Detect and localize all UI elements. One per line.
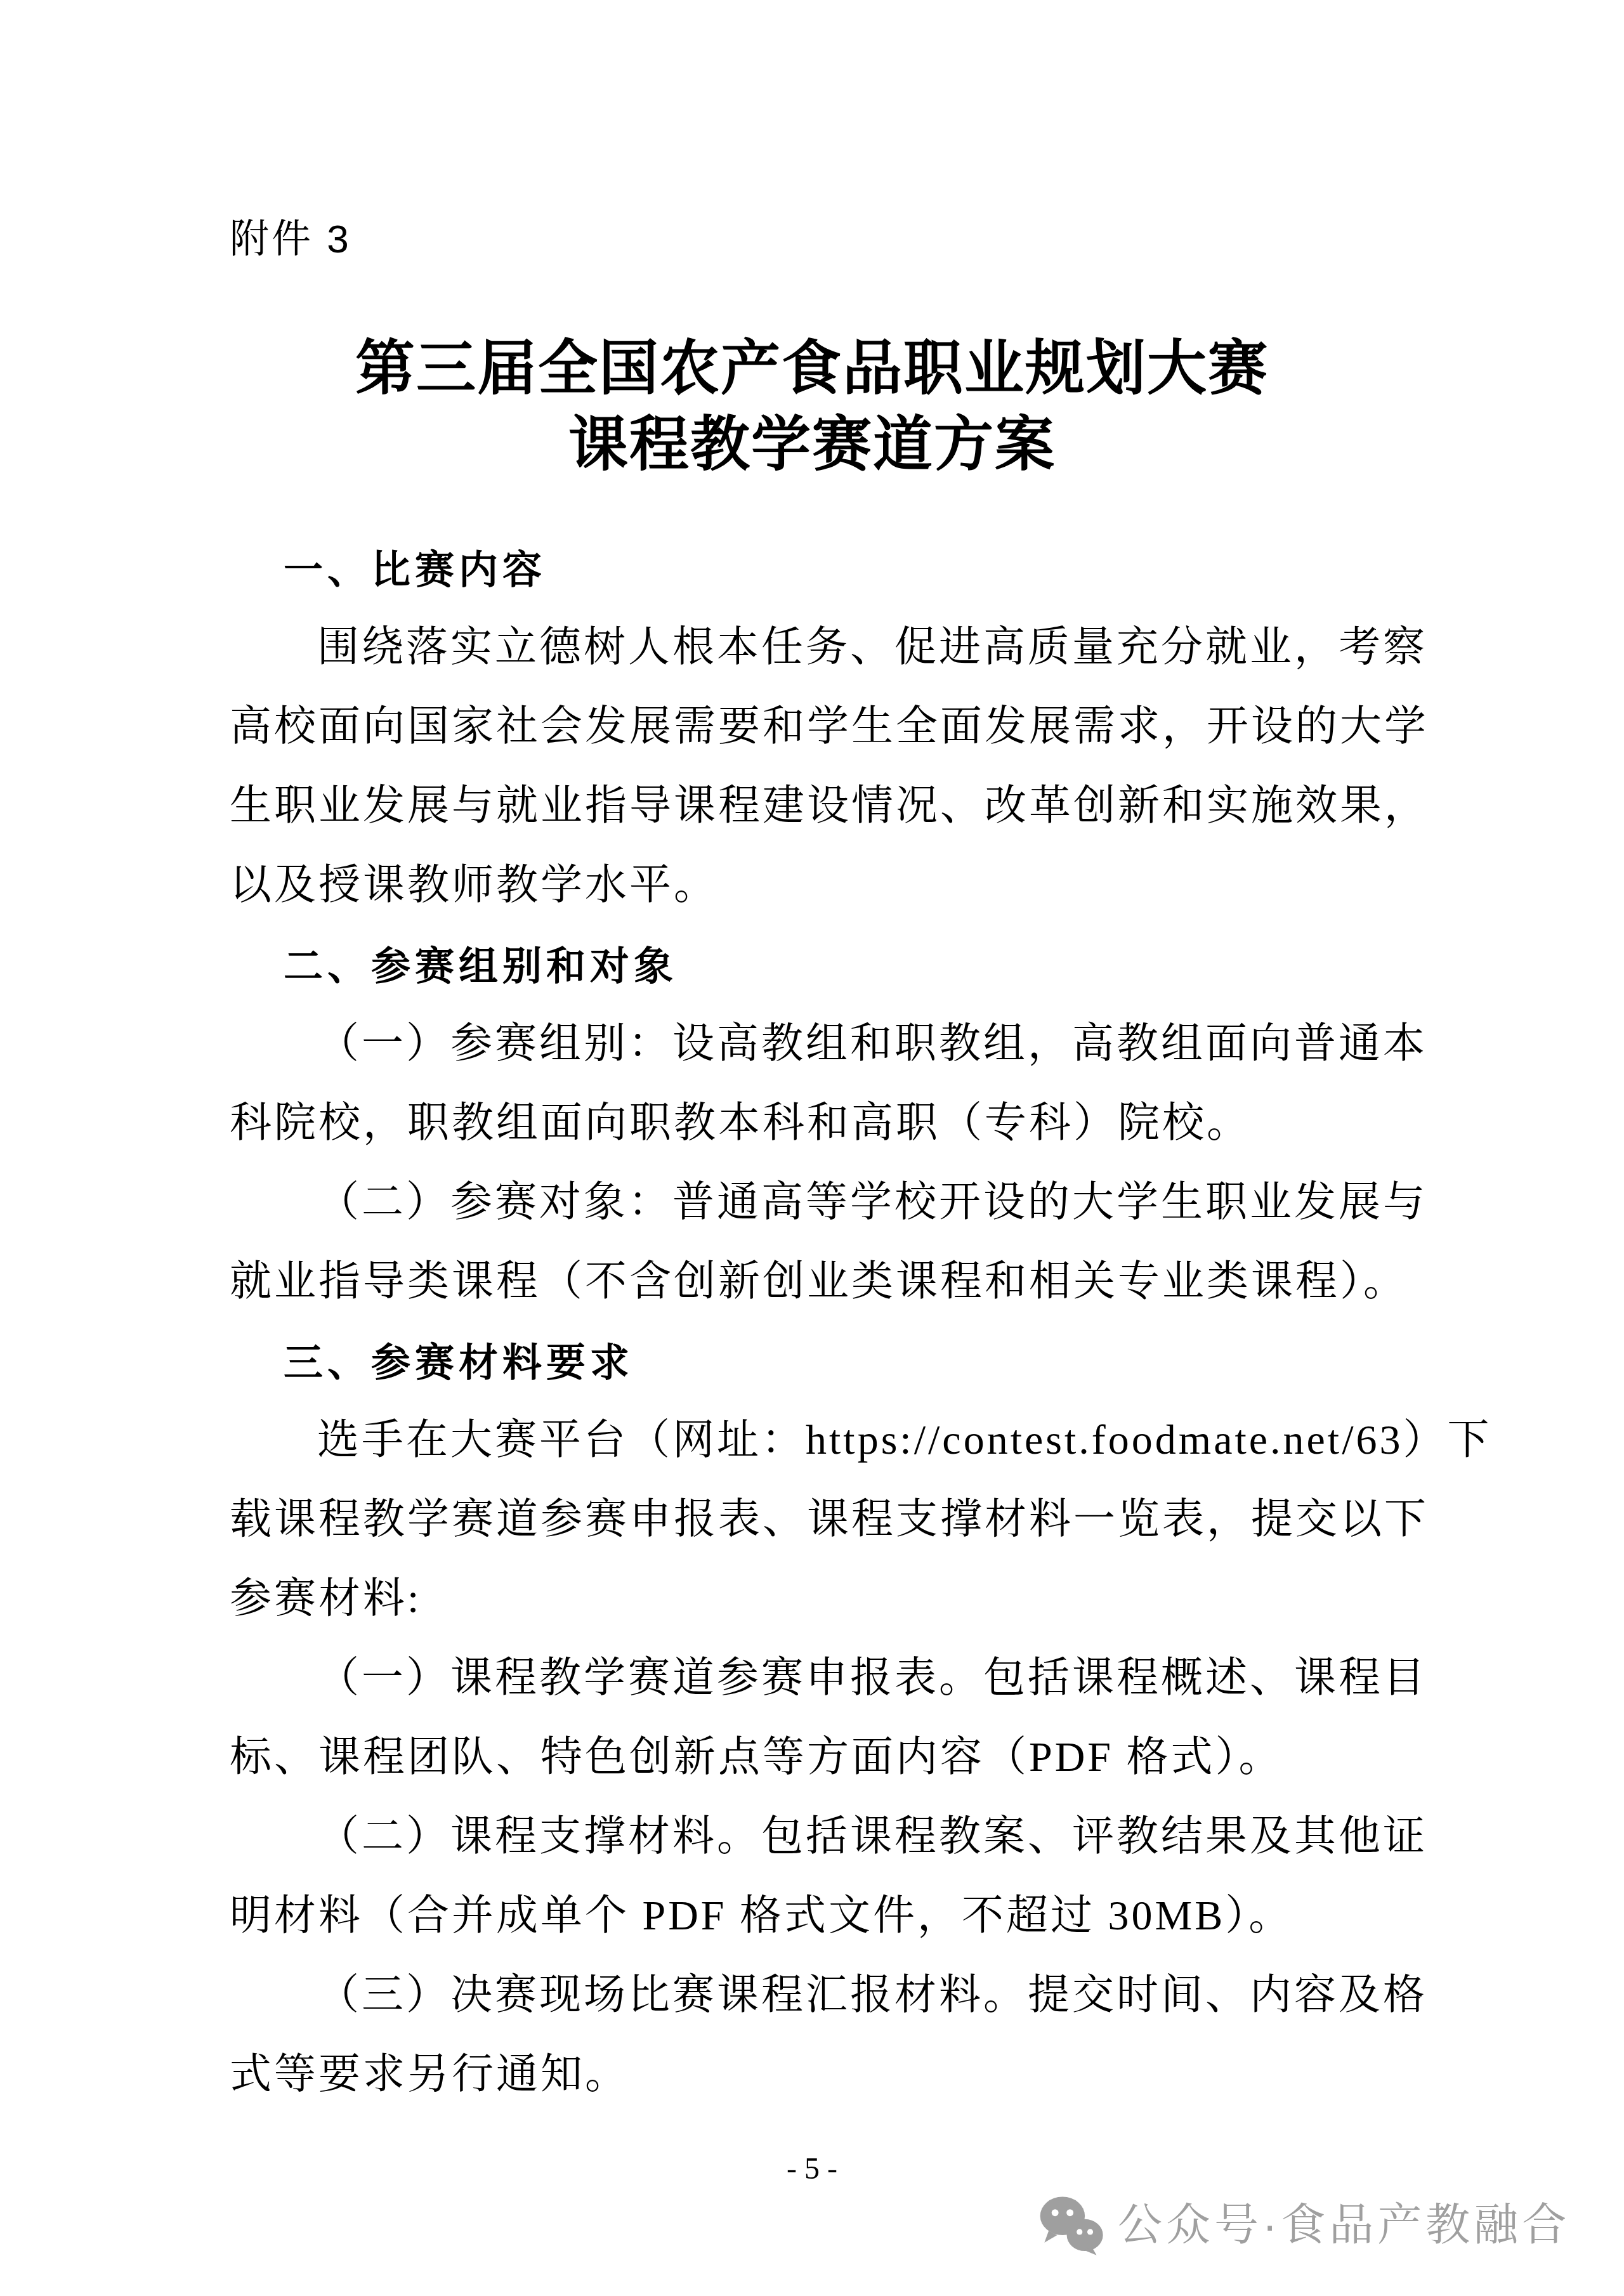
document-title-line2: 课程教学赛道方案 — [230, 412, 1394, 478]
document-line: 围绕落实立德树人根本任务、促进高质量充分就业，考察 — [317, 623, 1427, 672]
watermark: 公众号·食品产教融合 — [1039, 2195, 1570, 2255]
document-line: （二）课程支撑材料。包括课程教案、评教结果及其他证 — [317, 1813, 1427, 1861]
document-line: 参赛材料: — [230, 1575, 421, 1623]
section-heading: 一、比赛内容 — [284, 547, 546, 595]
document-line: （二）参赛对象：普通高等学校开设的大学生职业发展与 — [317, 1178, 1427, 1227]
document-line: 以及授课教师教学水平。 — [230, 861, 718, 910]
document-line: 就业指导类课程（不含创新创业类课程和相关专业类课程）。 — [230, 1258, 1408, 1306]
section-heading: 二、参赛组别和对象 — [284, 943, 678, 991]
document-line: （一）课程教学赛道参赛申报表。包括课程概述、课程目 — [317, 1654, 1427, 1702]
document-line: 式等要求另行通知。 — [230, 2051, 629, 2099]
document-line: 高校面向国家社会发展需要和学生全面发展需求，开设的大学 — [230, 703, 1429, 751]
document-page: 附件 3 第三届全国农产食品职业规划大赛 课程教学赛道方案 一、比赛内容围绕落实… — [0, 0, 1624, 2296]
document-line: （三）决赛现场比赛课程汇报材料。提交时间、内容及格 — [317, 1971, 1427, 2019]
watermark-text: 公众号·食品产教融合 — [1118, 2195, 1570, 2255]
document-line: 载课程教学赛道参赛申报表、课程支撑材料一览表，提交以下 — [230, 1496, 1429, 1544]
document-line: 明材料（合并成单个 PDF 格式文件，不超过 30MB）。 — [230, 1892, 1293, 1940]
document-title-line1: 第三届全国农产食品职业规划大赛 — [230, 336, 1394, 402]
page-number: - 5 - — [0, 2153, 1624, 2186]
document-line: 生职业发展与就业指导课程建设情况、改革创新和实施效果， — [230, 782, 1429, 830]
attachment-label: 附件 3 — [230, 217, 351, 263]
document-line: 标、课程团队、特色创新点等方面内容（PDF 格式）。 — [230, 1733, 1283, 1782]
document-line: 科院校，职教组面向职教本科和高职（专科）院校。 — [230, 1099, 1251, 1147]
document-line: （一）参赛组别：设高教组和职教组，高教组面向普通本 — [317, 1020, 1427, 1068]
document-line: 选手在大赛平台（网址：https://contest.foodmate.net/… — [317, 1416, 1492, 1464]
section-heading: 三、参赛材料要求 — [284, 1340, 634, 1388]
wechat-icon — [1039, 2195, 1105, 2255]
